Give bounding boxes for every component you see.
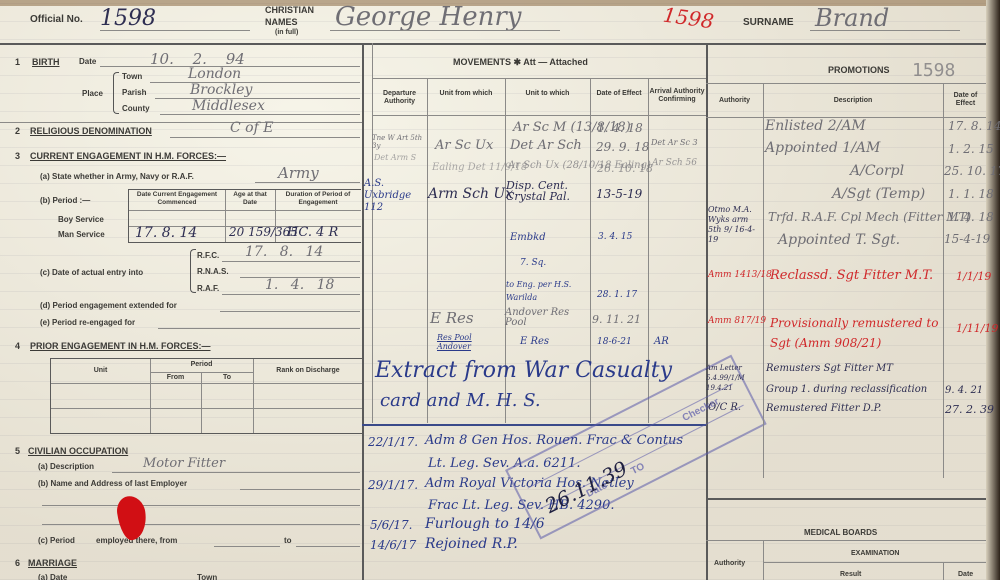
casualty-entry-6: Rejoined R.P. bbox=[425, 536, 518, 552]
movement-5-date: 3. 4. 15 bbox=[598, 232, 632, 242]
promotion-9-description: Remusters Sgt Fitter MT bbox=[766, 363, 893, 374]
card-right-edge bbox=[986, 0, 1000, 580]
prior-period-header: Period bbox=[150, 361, 253, 368]
birth-parish-value: Brockley bbox=[190, 82, 252, 98]
section-3-number: 3 bbox=[15, 151, 20, 161]
promotion-1-description: Enlisted 2/AM bbox=[765, 118, 866, 134]
marriage-date-label: (a) Date bbox=[38, 573, 67, 580]
christian-names-label-2: NAMES bbox=[265, 17, 298, 27]
promotions-stamp-number: 1598 bbox=[912, 60, 955, 81]
promotion-5-description: Trfd. R.A.F. Cpl Mech (Fitter MT) bbox=[768, 210, 971, 224]
date-commenced-header: Date Current Engagement Commenced bbox=[131, 191, 223, 207]
promotion-6-date: 15-4-19 bbox=[944, 232, 990, 246]
section-6-number: 6 bbox=[15, 558, 20, 568]
movement-9-to: E Res bbox=[520, 336, 549, 347]
movement-7-date: 28. 1. 17 bbox=[597, 290, 637, 300]
period-label: (b) Period :— bbox=[40, 196, 90, 205]
birth-date-label: Date bbox=[79, 57, 96, 66]
movement-3-arrival: Ar Sch 56 bbox=[652, 158, 697, 168]
boy-service-label: Boy Service bbox=[58, 215, 104, 224]
birth-county-value: Middlesex bbox=[192, 98, 265, 114]
promotion-7-authority: Amm 1413/18 bbox=[708, 270, 772, 280]
movement-9-date: 18-6-21 bbox=[597, 337, 632, 347]
marriage-title: MARRIAGE bbox=[28, 558, 77, 568]
movement-1-date: 1. 4. 18 bbox=[597, 121, 643, 135]
arrival-authority-header: Arrival Authority Confirming bbox=[648, 88, 706, 104]
prior-engagement-table: Unit Period From To Rank on Discharge bbox=[50, 358, 363, 434]
reengaged-label: (e) Period re-engaged for bbox=[40, 318, 135, 327]
civilian-occupation-title: CIVILIAN OCCUPATION bbox=[28, 446, 128, 456]
movement-6-to: 7. Sq. bbox=[520, 258, 546, 268]
medical-boards-title: MEDICAL BOARDS bbox=[804, 528, 877, 537]
promotion-7-description: Reclassd. Sgt Fitter M.T. bbox=[770, 268, 933, 283]
birth-town-label: Town bbox=[122, 72, 142, 81]
official-no-value: 1598 bbox=[100, 6, 156, 31]
section-1-number: 1 bbox=[15, 57, 20, 67]
movement-9-from: Res Pool Andover bbox=[437, 333, 497, 351]
section-4-number: 4 bbox=[15, 341, 20, 351]
man-service-date: 17. 8. 14 bbox=[135, 225, 197, 241]
promotion-4-description: A/Sgt (Temp) bbox=[832, 186, 925, 202]
promotion-8-authority: Amm 817/19 bbox=[708, 316, 766, 326]
casualty-entry-5: Furlough to 14/6 bbox=[425, 516, 545, 532]
casualty-date-1: 22/1/17. bbox=[368, 435, 418, 449]
christian-names-value: George Henry bbox=[335, 2, 521, 32]
casualty-date-6: 14/6/17 bbox=[370, 538, 416, 552]
promotion-2-description: Appointed 1/AM bbox=[765, 140, 880, 156]
promotion-2-date: 1. 2. 15 bbox=[948, 142, 994, 156]
actual-entry-label: (c) Date of actual entry into bbox=[40, 268, 143, 277]
section-2-number: 2 bbox=[15, 126, 20, 136]
red-official-number: 1598 bbox=[662, 3, 716, 34]
occupation-description-label: (a) Description bbox=[38, 462, 94, 471]
promotions-date-header: Date of Effect bbox=[943, 92, 988, 108]
entry-brace bbox=[190, 249, 196, 293]
movement-3-authority: Det Arm S bbox=[374, 153, 416, 162]
rnas-label: R.N.A.S. bbox=[197, 267, 229, 276]
promotion-7-date: 1/1/19 bbox=[956, 270, 991, 283]
christian-names-label: CHRISTIAN bbox=[265, 5, 314, 15]
casualty-date-5: 5/6/17. bbox=[370, 518, 412, 532]
medical-result-header: Result bbox=[840, 571, 861, 578]
stamp-to-label: TO bbox=[629, 461, 646, 477]
movement-5-to: Embkd bbox=[510, 232, 546, 243]
promotion-8-date: 1/11/19 bbox=[956, 322, 998, 335]
promotion-9-authority: Am Letter 5.4.99/1/M 19.4.21 bbox=[706, 363, 762, 393]
red-wax-blot bbox=[115, 494, 149, 541]
movement-2-arrival: Det Ar Sc 3 bbox=[651, 138, 698, 147]
age-at-date-header: Age at that Date bbox=[227, 191, 273, 207]
movement-8-to: Andover Res Pool bbox=[505, 308, 580, 328]
movement-4-authority: A.S. Uxbridge 112 bbox=[364, 178, 426, 214]
movement-2-from: Ar Sc Ux bbox=[435, 138, 493, 153]
prior-rank-header: Rank on Discharge bbox=[253, 367, 363, 374]
place-brace bbox=[113, 72, 119, 114]
man-service-duration: HC. 4 R bbox=[287, 225, 338, 240]
raf-label: R.A.F. bbox=[197, 284, 219, 293]
promotion-5-authority: Otmo M.A. Wyks arm 5th 9/ 16-4-19 bbox=[708, 205, 764, 245]
movement-2-date: 29. 9. 18 bbox=[596, 140, 649, 154]
occupation-description-value: Motor Fitter bbox=[143, 456, 225, 471]
birth-town-value: London bbox=[188, 66, 241, 82]
movement-2-to: Det Ar Sch bbox=[510, 138, 582, 153]
unit-from-header: Unit from which bbox=[427, 90, 505, 98]
movement-7-to: to Eng. per H.S. Warilda bbox=[506, 278, 576, 304]
movement-4-from: Arm Sch Ux bbox=[428, 186, 513, 202]
religion-section-title: RELIGIOUS DENOMINATION bbox=[30, 126, 152, 136]
promotion-11-description: Remustered Fitter D.P. bbox=[766, 403, 882, 414]
stamp-signature-date: 26.11.39 bbox=[541, 456, 631, 518]
service-record-card: Official No. 1598 CHRISTIAN NAMES (in fu… bbox=[0, 0, 1000, 580]
service-branch-label: (a) State whether in Army, Navy or R.A.F… bbox=[40, 172, 194, 181]
promotion-10-description: Group 1. during reclassification bbox=[766, 384, 927, 395]
movement-8-date: 9. 11. 21 bbox=[592, 313, 641, 326]
section-5-number: 5 bbox=[15, 446, 20, 456]
unit-to-header: Unit to which bbox=[505, 90, 590, 98]
last-employer-label: (b) Name and Address of last Employer bbox=[38, 479, 187, 488]
current-engagement-title: CURRENT ENGAGEMENT IN H.M. FORCES:— bbox=[30, 151, 226, 161]
date-of-effect-header: Date of Effect bbox=[590, 90, 648, 98]
medical-authority-header: Authority bbox=[714, 560, 745, 567]
promotion-5-date: 1. 4. 18 bbox=[948, 210, 994, 224]
prior-to-header: To bbox=[201, 374, 253, 381]
promotions-title: PROMOTIONS bbox=[828, 65, 890, 75]
religion-value: C of E bbox=[230, 120, 273, 136]
examination-header: EXAMINATION bbox=[851, 550, 899, 557]
prior-engagement-title: PRIOR ENGAGEMENT IN H.M. FORCES:— bbox=[30, 341, 211, 351]
departure-authority-header: Departure Authority bbox=[372, 90, 427, 106]
prior-from-header: From bbox=[150, 374, 201, 381]
movement-9-arrival: AR bbox=[654, 336, 669, 347]
movements-title: MOVEMENTS ✱ Att — Attached bbox=[453, 57, 588, 68]
marriage-town-label: Town bbox=[197, 573, 217, 580]
duration-header: Duration of Period of Engagement bbox=[277, 191, 359, 207]
promotion-11-authority: O/C R. bbox=[708, 402, 741, 413]
birth-parish-label: Parish bbox=[122, 88, 146, 97]
service-branch-value: Army bbox=[278, 164, 319, 182]
christian-names-in-full: (in full) bbox=[275, 29, 298, 36]
promotion-1-date: 17. 8. 14 bbox=[948, 119, 1000, 133]
movement-8-from: E Res bbox=[430, 309, 474, 327]
extended-label: (d) Period engagement extended for bbox=[40, 301, 177, 310]
promotions-description-header: Description bbox=[763, 97, 943, 104]
promotion-10-date: 9. 4. 21 bbox=[945, 385, 983, 396]
surname-value: Brand bbox=[815, 4, 889, 32]
promotion-8-description: Provisionally remustered to Sgt (Amm 908… bbox=[770, 313, 940, 353]
promotion-3-description: A/Corpl bbox=[850, 163, 904, 179]
period-table: Date Current Engagement Commenced Age at… bbox=[128, 189, 361, 243]
raf-value: 1. 4. 18 bbox=[265, 277, 334, 293]
promotion-11-date: 27. 2. 39 bbox=[945, 403, 994, 416]
period-to-label: to bbox=[284, 536, 292, 545]
movement-2-authority: Tne W Art 5th 3y bbox=[372, 134, 427, 150]
movement-4-to: Disp. Cent. Crystal Pal. bbox=[506, 180, 590, 202]
period-employed-label: (c) Period bbox=[38, 536, 75, 545]
rfc-label: R.F.C. bbox=[197, 251, 219, 260]
movement-4-date: 13-5-19 bbox=[596, 187, 642, 201]
surname-label: SURNAME bbox=[743, 17, 794, 28]
birth-section-title: BIRTH bbox=[32, 57, 60, 67]
casualty-note-line-2: card and M. H. S. bbox=[380, 390, 541, 411]
birth-county-label: County bbox=[122, 104, 150, 113]
man-service-label: Man Service bbox=[58, 230, 105, 239]
promotion-6-description: Appointed T. Sgt. bbox=[778, 232, 900, 248]
casualty-note-line-1: Extract from War Casualty bbox=[375, 358, 672, 383]
promotions-authority-header: Authority bbox=[706, 97, 763, 104]
prior-unit-header: Unit bbox=[51, 367, 150, 374]
rfc-value: 17. 8. 14 bbox=[245, 244, 323, 260]
promotion-3-date: 25. 10. 17 bbox=[944, 164, 1000, 178]
promotion-4-date: 1. 1. 18 bbox=[948, 187, 994, 201]
medical-date-header: Date bbox=[958, 571, 973, 578]
movement-3-date: 26. 10. 18 bbox=[597, 162, 653, 175]
birth-place-label: Place bbox=[82, 89, 103, 98]
official-no-label: Official No. bbox=[30, 14, 83, 25]
casualty-date-3: 29/1/17. bbox=[368, 478, 418, 492]
